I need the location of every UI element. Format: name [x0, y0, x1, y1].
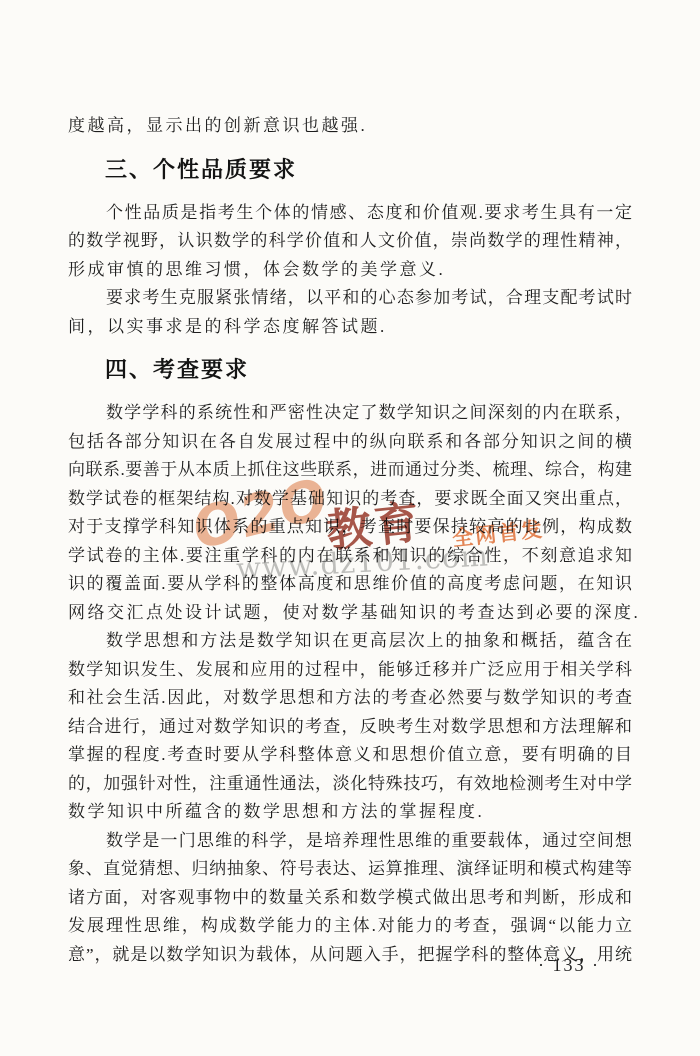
text-line: 的数学视野，认识数学的科学价值和人文价值，崇尚数学的理性精神，: [68, 227, 632, 256]
text-line: 间，以实事求是的科学态度解答试题.: [68, 313, 632, 342]
text-line: 个性品质是指考生个体的情感、态度和价值观.要求考生具有一定: [68, 199, 632, 228]
text-line: 数学知识中所蕴含的数学思想和方法的掌握程度.: [68, 798, 632, 827]
text-line: 和社会生活.因此，对数学思想和方法的考查必然要与数学知识的考查: [68, 684, 632, 713]
text-line: 数学是一门思维的科学，是培养理性思维的重要载体，通过空间想: [68, 827, 632, 856]
text-line: 数学知识发生、发展和应用的过程中，能够迁移并广泛应用于相关学科: [68, 656, 632, 685]
text-line: 数学思想和方法是数学知识在更高层次上的抽象和概括，蕴含在: [68, 627, 632, 656]
text-line: 发展理性思维，构成数学能力的主体.对能力的考查，强调“以能力立: [68, 912, 632, 941]
text-line: 诸方面，对客观事物中的数量关系和数学模式做出思考和判断，形成和: [68, 884, 632, 913]
text-line: 结合进行，通过对数学知识的考查，反映考生对数学思想和方法理解和: [68, 713, 632, 742]
text-line: 包括各部分知识在各自发展过程中的纵向联系和各部分知识之间的横: [68, 428, 632, 457]
text-line: 掌握的程度.考查时要从学科整体意义和思想价值立意，要有明确的目: [68, 741, 632, 770]
page-content: 度越高，显示出的创新意识也越强. 三、个性品质要求 个性品质是指考生个体的情感、…: [68, 112, 632, 969]
text-line: 形成审慎的思维习惯，体会数学的美学意义.: [68, 256, 632, 285]
text-line: 数学试卷的框架结构.对数学基础知识的考查，要求既全面又突出重点，: [68, 485, 632, 514]
document-page: 度越高，显示出的创新意识也越强. 三、个性品质要求 个性品质是指考生个体的情感、…: [0, 0, 700, 1056]
text-line: 要求考生克服紧张情绪，以平和的心态参加考试，合理支配考试时: [68, 284, 632, 313]
text-line: 识的覆盖面.要从学科的整体高度和思维价值的高度考虑问题，在知识: [68, 570, 632, 599]
section-heading-4: 四、考查要求: [68, 355, 632, 385]
text-line: 度越高，显示出的创新意识也越强.: [68, 112, 632, 141]
section-heading-3: 三、个性品质要求: [68, 155, 632, 185]
text-line: 对于支撑学科知识体系的重点知识，考查时要保持较高的比例，构成数: [68, 513, 632, 542]
text-line: 网络交汇点处设计试题，使对数学基础知识的考查达到必要的深度.: [68, 599, 632, 628]
text-line: 数学学科的系统性和严密性决定了数学知识之间深刻的内在联系，: [68, 399, 632, 428]
text-line: 象、直觉猜想、归纳抽象、符号表达、运算推理、演绎证明和模式构建等: [68, 855, 632, 884]
text-line: 向联系.要善于从本质上抓住这些联系，进而通过分类、梳理、综合，构建: [68, 456, 632, 485]
text-line: 学试卷的主体.要注重学科的内在联系和知识的综合性，不刻意追求知: [68, 542, 632, 571]
page-number: · 133 ·: [538, 955, 600, 976]
text-line: 的，加强针对性，注重通性通法，淡化特殊技巧，有效地检测考生对中学: [68, 770, 632, 799]
